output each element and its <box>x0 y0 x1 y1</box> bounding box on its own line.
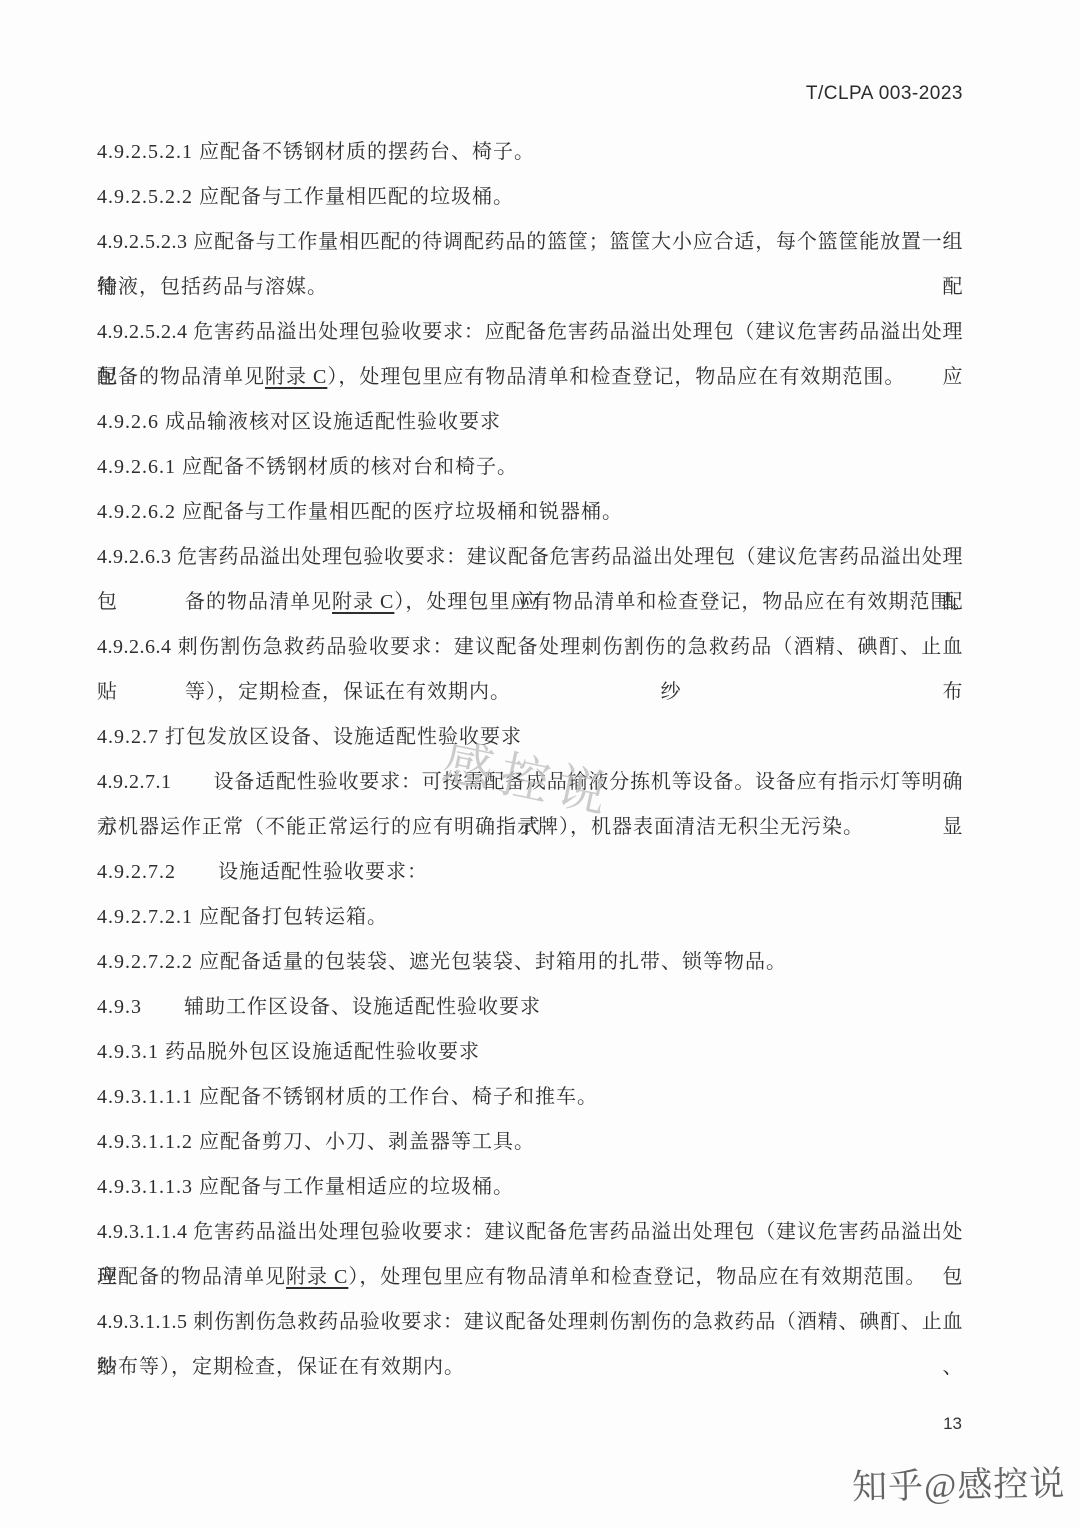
clause-line: 4.9.2.7 打包发放区设备、设施适配性验收要求 <box>97 715 963 760</box>
clause-text: 4.9.2.7 打包发放区设备、设施适配性验收要求 <box>97 726 522 748</box>
clause-text: 4.9.2.7.2.1 应配备打包转运箱。 <box>97 906 388 928</box>
clause-line: 4.9.3.1.1.2 应配备剪刀、小刀、剥盖器等工具。 <box>97 1120 963 1165</box>
clause-line: 4.9.2.7.2.2 应配备适量的包装袋、遮光包装袋、封箱用的扎带、锁等物品。 <box>97 940 963 985</box>
clause-text: 4.9.3.1.1.3 应配备与工作量相适应的垃圾桶。 <box>97 1176 514 1198</box>
clause-text: 4.9.2.6 成品输液核对区设施适配性验收要求 <box>97 411 501 433</box>
clause-line: 配备的物品清单见附录 C），处理包里应有物品清单和检查登记，物品应在有效期范围。 <box>97 355 963 400</box>
clause-text: 4.9.3 辅助工作区设备、设施适配性验收要求 <box>97 996 541 1018</box>
clause-text: 备的物品清单见 <box>185 591 332 613</box>
appendix-reference: 附录 C <box>286 1266 348 1288</box>
clause-line: 应配备的物品清单见附录 C），处理包里应有物品清单和检查登记，物品应在有效期范围… <box>97 1255 963 1300</box>
clause-text: 示机器运作正常（不能正常运行的应有明确指示牌），机器表面清洁无积尘无污染。 <box>97 816 864 838</box>
clause-text: 4.9.2.6.1 应配备不锈钢材质的核对台和椅子。 <box>97 456 518 478</box>
clause-line: 4.9.2.5.2.1 应配备不锈钢材质的摆药台、椅子。 <box>97 130 963 175</box>
clause-line: 示机器运作正常（不能正常运行的应有明确指示牌），机器表面清洁无积尘无污染。 <box>97 805 963 850</box>
clause-line: 4.9.3.1.1.5 刺伤割伤急救药品验收要求：建议配备处理刺伤割伤的急救药品… <box>97 1300 963 1345</box>
clause-text: 纱布等），定期检查，保证在有效期内。 <box>97 1356 465 1378</box>
standard-code-header: T/CLPA 003-2023 <box>806 83 963 105</box>
clause-text: ），处理包里应有物品清单和检查登记，物品应在有效期范围。 <box>394 591 972 613</box>
clause-text: 4.9.2.7.2.2 应配备适量的包装袋、遮光包装袋、封箱用的扎带、锁等物品。 <box>97 951 787 973</box>
clause-line: 4.9.3.1 药品脱外包区设施适配性验收要求 <box>97 1030 963 1075</box>
clause-text: 4.9.3.1.1.2 应配备剪刀、小刀、剥盖器等工具。 <box>97 1131 535 1153</box>
clause-line: 4.9.2.5.2.3 应配备与工作量相匹配的待调配药品的篮筐；篮筐大小应合适，… <box>97 220 963 265</box>
document-page: T/CLPA 003-2023 4.9.2.5.2.1 应配备不锈钢材质的摆药台… <box>0 0 1080 1527</box>
clause-line: 备的物品清单见附录 C），处理包里应有物品清单和检查登记，物品应在有效期范围。 <box>97 580 963 625</box>
clause-text: 配备的物品清单见 <box>97 366 265 388</box>
clause-text: 等），定期检查，保证在有效期内。 <box>185 681 511 703</box>
clause-text: 应配备的物品清单见 <box>97 1266 286 1288</box>
clause-line: 4.9.2.5.2.4 危害药品溢出处理包验收要求：应配备危害药品溢出处理包（建… <box>97 310 963 355</box>
clause-text: ），处理包里应有物品清单和检查登记，物品应在有效期范围。 <box>327 366 905 388</box>
appendix-reference: 附录 C <box>265 366 327 388</box>
clause-text: 4.9.3.1 药品脱外包区设施适配性验收要求 <box>97 1041 480 1063</box>
bottom-watermark: 知乎@感控说 <box>852 1456 1066 1510</box>
clause-line: 4.9.2.6 成品输液核对区设施适配性验收要求 <box>97 400 963 445</box>
clause-line: 4.9.2.6.3 危害药品溢出处理包验收要求：建议配备危害药品溢出处理包（建议… <box>97 535 963 580</box>
clause-text: 4.9.2.7.2 设施适配性验收要求： <box>97 861 428 883</box>
clause-line: 4.9.2.7.2.1 应配备打包转运箱。 <box>97 895 963 940</box>
clause-line: 4.9.2.6.1 应配备不锈钢材质的核对台和椅子。 <box>97 445 963 490</box>
appendix-reference: 附录 C <box>332 591 394 613</box>
clause-line: 4.9.3.1.1.4 危害药品溢出处理包验收要求：建议配备危害药品溢出处理包（… <box>97 1210 963 1255</box>
clause-text: ），处理包里应有物品清单和检查登记，物品应在有效期范围。 <box>348 1266 926 1288</box>
clause-line: 4.9.3 辅助工作区设备、设施适配性验收要求 <box>97 985 963 1030</box>
document-body: 4.9.2.5.2.1 应配备不锈钢材质的摆药台、椅子。4.9.2.5.2.2 … <box>97 130 963 1390</box>
clause-text: 4.9.2.5.2.1 应配备不锈钢材质的摆药台、椅子。 <box>97 141 535 163</box>
clause-line: 4.9.2.6.4 刺伤割伤急救药品验收要求：建议配备处理刺伤割伤的急救药品（酒… <box>97 625 963 670</box>
clause-line: 4.9.2.7.1 设备适配性验收要求：可按需配备成品输液分拣机等设备。设备应有… <box>97 760 963 805</box>
clause-line: 4.9.2.7.2 设施适配性验收要求： <box>97 850 963 895</box>
page-number: 13 <box>943 1414 962 1434</box>
clause-line: 4.9.2.5.2.2 应配备与工作量相匹配的垃圾桶。 <box>97 175 963 220</box>
clause-text: 4.9.2.6.2 应配备与工作量相匹配的医疗垃圾桶和锐器桶。 <box>97 501 623 523</box>
clause-text: 4.9.2.5.2.2 应配备与工作量相匹配的垃圾桶。 <box>97 186 514 208</box>
clause-text: 输液，包括药品与溶媒。 <box>97 276 328 298</box>
clause-line: 4.9.3.1.1.3 应配备与工作量相适应的垃圾桶。 <box>97 1165 963 1210</box>
clause-line: 4.9.3.1.1.1 应配备不锈钢材质的工作台、椅子和推车。 <box>97 1075 963 1120</box>
clause-line: 4.9.2.6.2 应配备与工作量相匹配的医疗垃圾桶和锐器桶。 <box>97 490 963 535</box>
clause-text: 4.9.3.1.1.1 应配备不锈钢材质的工作台、椅子和推车。 <box>97 1086 598 1108</box>
